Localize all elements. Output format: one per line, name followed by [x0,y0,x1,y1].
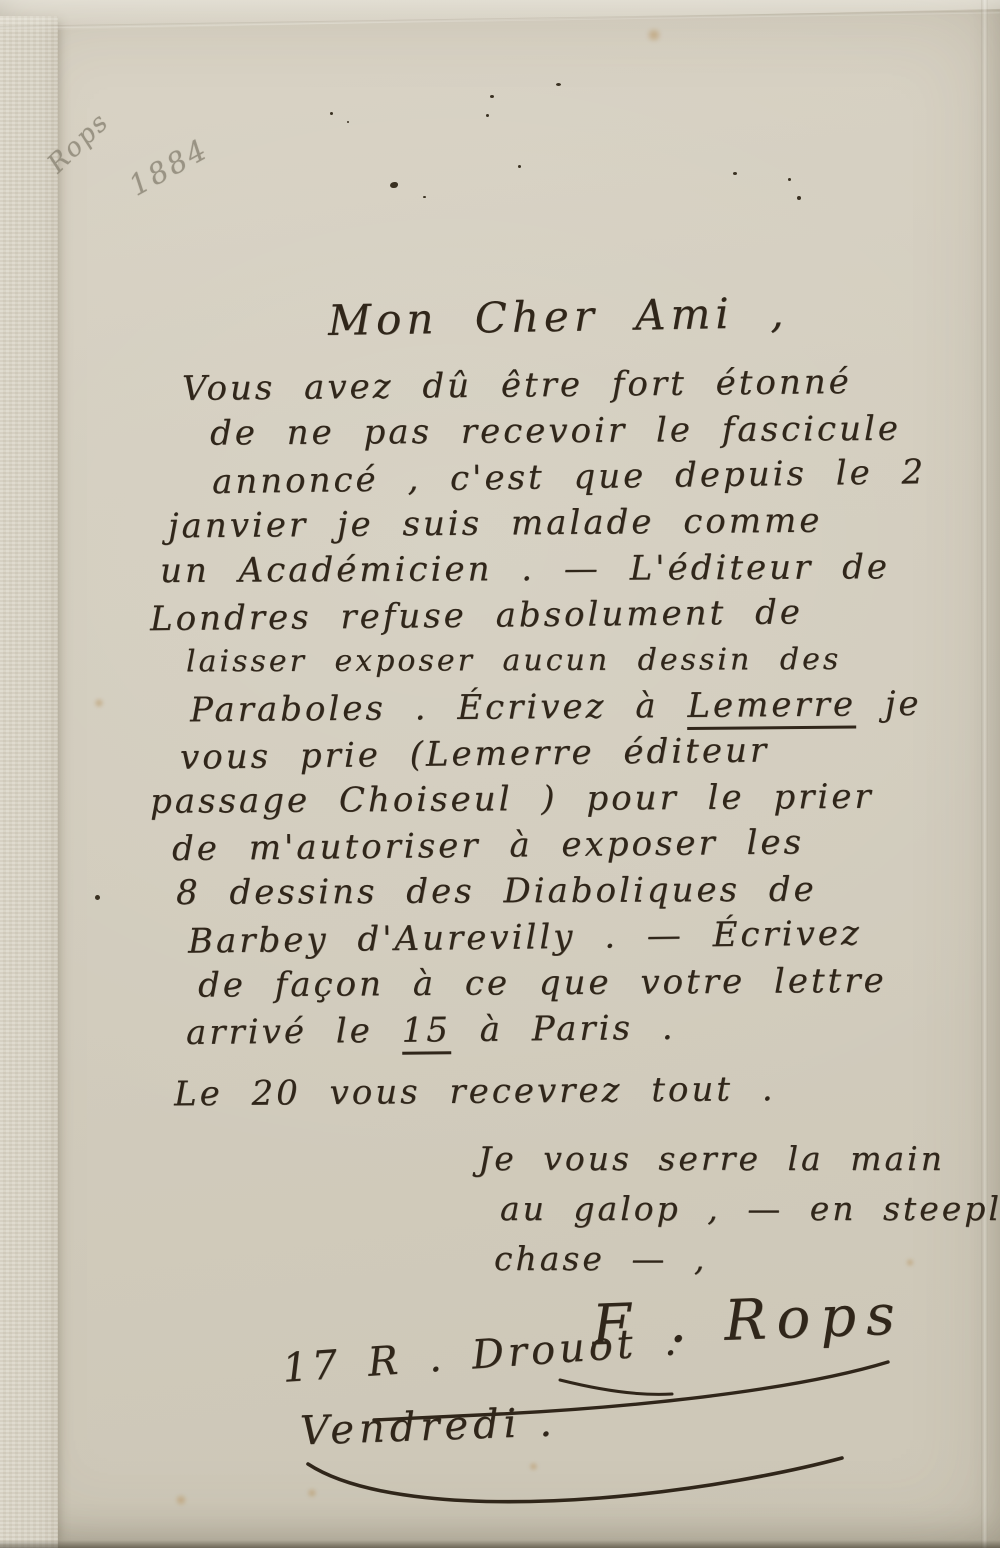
handwritten-line: Le 20 vous recevrez tout . [174,1065,950,1118]
day-line: Vendredi . [299,1400,557,1455]
handwritten-line: vous prie (Lemerre éditeur [180,725,951,780]
foxing-spot [93,698,105,708]
ink-speck [347,121,349,123]
ink-speck [490,95,494,98]
ink-speck [518,165,521,168]
handwritten-line: de m'autoriser à exposer les [172,818,950,872]
closing-line: au galop , — en steeple [500,1184,1000,1234]
pencil-annotation-year: 1884 [123,131,215,202]
ink-speck [733,172,737,175]
closing-line: Je vous serre la main [478,1134,1000,1184]
ink-speck [797,196,801,200]
handwritten-line: de façon à ce que votre lettre [198,957,950,1008]
handwritten-line: de ne pas recevoir le fascicule [210,405,950,456]
handwritten-line: Vous avez dû être fort étonné [182,358,950,412]
foxing-spot [306,1488,318,1498]
handwritten-line: un Académicien . — L'éditeur de [160,544,950,594]
closing-line: chase — , [494,1234,1000,1284]
line-segment: je [856,684,922,725]
vendredi-flourish [308,1458,842,1502]
handwritten-line: laisser exposer aucun dessin des [186,637,950,686]
line-segment: Paraboles . Écrivez à [190,686,688,730]
handwritten-line-lemerre: Paraboles . Écrivez à Lemerre je [190,681,950,734]
letter-scan-page: Rops 1884 Mon Cher Ami , Vous avez dû êt… [0,0,1000,1548]
ink-speck [486,114,489,117]
line-segment: arrivé le [186,1011,402,1053]
closing-block: Je vous serre la main au galop , — en st… [478,1134,1000,1284]
line-segment: à Paris . [451,1008,676,1050]
foxing-spot [174,1494,188,1506]
underlined-date: 15 [401,1010,451,1055]
handwritten-line: Londres refuse absolument de [150,588,950,642]
handwritten-line: janvier je suis malade comme [168,497,950,550]
bottom-edge-shadow [0,1540,1000,1548]
foxing-spot [645,28,663,42]
top-edge-highlight [0,0,1000,34]
ink-speck [788,178,791,181]
foxing-spot [528,1462,539,1471]
binding-strip [0,16,58,1548]
drouot-stroke [560,1380,672,1394]
ink-speck [95,895,100,900]
salutation: Mon Cher Ami , [328,288,789,345]
underlined-word-lemerre: Lemerre [687,685,856,730]
ink-speck [390,182,398,188]
handwritten-line: Barbey d'Aurevilly . — Écrivez [188,909,951,964]
letter-body: Vous avez dû être fort étonné de ne pas … [150,362,950,1114]
right-fold-crease [981,0,988,1548]
ink-speck [556,83,561,86]
handwritten-line: 8 dessins des Diaboliques de [176,866,950,916]
handwritten-line-paris: arrivé le 15 à Paris . [186,1002,950,1056]
address-line: 17 R . Drouot . [281,1318,682,1392]
ink-speck [330,112,333,115]
handwritten-line: passage Choiseul ) pour le prier [150,773,950,825]
ink-speck [423,196,426,198]
